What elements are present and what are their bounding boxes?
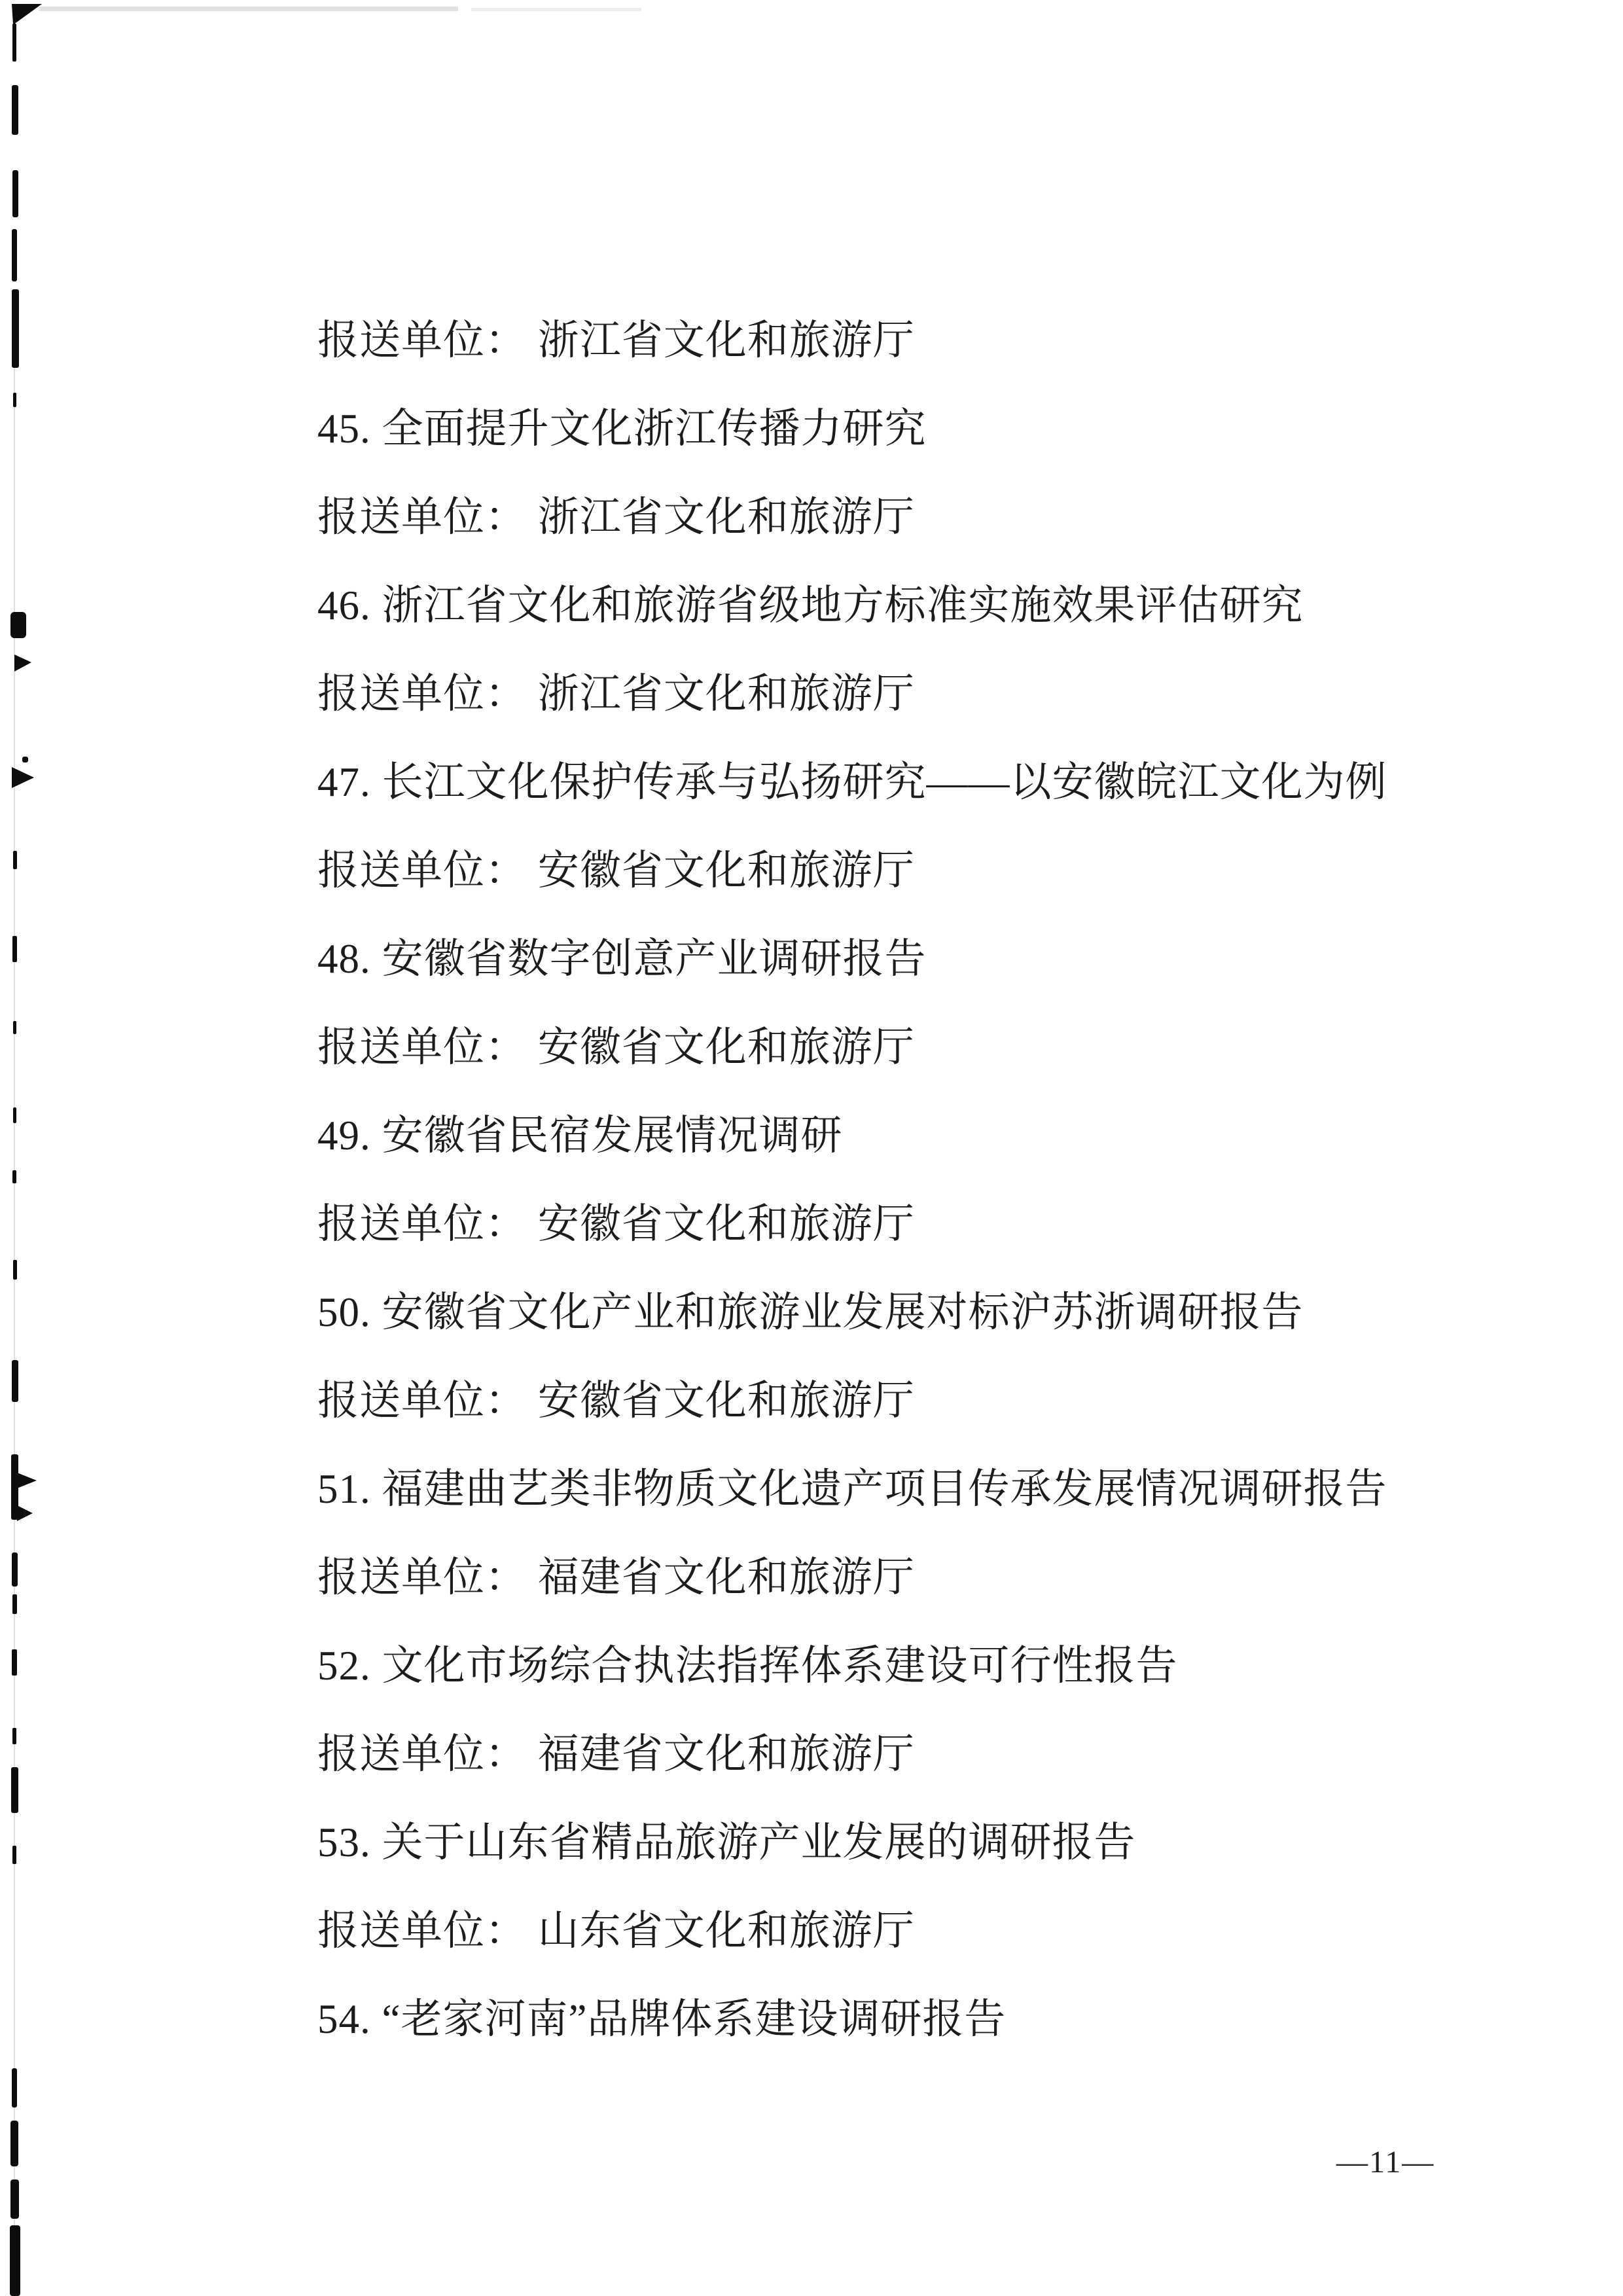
report-title-line: 54. “老家河南”品牌体系建设调研报告: [317, 1975, 1469, 2064]
scan-corner-fold-icon: [12, 4, 42, 25]
submitter-line: 报送单位： 安徽省文化和旅游厅: [317, 1357, 1469, 1445]
report-title-line: 45. 全面提升文化浙江传播力研究: [317, 385, 1469, 473]
report-title-line: 51. 福建曲艺类非物质文化遗产项目传承发展情况调研报告: [317, 1445, 1469, 1534]
page-number: —11—: [1336, 2144, 1435, 2180]
submitter-line: 报送单位： 安徽省文化和旅游厅: [317, 827, 1469, 915]
submitter-line: 报送单位： 浙江省文化和旅游厅: [317, 296, 1469, 385]
submitter-line: 报送单位： 安徽省文化和旅游厅: [317, 1003, 1469, 1092]
submitter-line: 报送单位： 福建省文化和旅游厅: [317, 1534, 1469, 1622]
report-title-line: 50. 安徽省文化产业和旅游业发展对标沪苏浙调研报告: [317, 1268, 1469, 1357]
report-list: 报送单位： 浙江省文化和旅游厅 45. 全面提升文化浙江传播力研究 报送单位： …: [317, 296, 1469, 2064]
submitter-line: 报送单位： 山东省文化和旅游厅: [317, 1887, 1469, 1975]
submitter-line: 报送单位： 浙江省文化和旅游厅: [317, 650, 1469, 738]
report-title-line: 53. 关于山东省精品旅游产业发展的调研报告: [317, 1799, 1469, 1887]
report-title-line: 47. 长江文化保护传承与弘扬研究——以安徽皖江文化为例: [317, 738, 1469, 827]
report-title-line: 52. 文化市场综合执法指挥体系建设可行性报告: [317, 1622, 1469, 1710]
submitter-line: 报送单位： 安徽省文化和旅游厅: [317, 1180, 1469, 1268]
submitter-line: 报送单位： 浙江省文化和旅游厅: [317, 473, 1469, 562]
report-title-line: 48. 安徽省数字创意产业调研报告: [317, 915, 1469, 1003]
report-title-line: 46. 浙江省文化和旅游省级地方标准实施效果评估研究: [317, 562, 1469, 650]
submitter-line: 报送单位： 福建省文化和旅游厅: [317, 1710, 1469, 1799]
report-title-line: 49. 安徽省民宿发展情况调研: [317, 1092, 1469, 1180]
scanned-document-page: 报送单位： 浙江省文化和旅游厅 45. 全面提升文化浙江传播力研究 报送单位： …: [0, 0, 1623, 2296]
